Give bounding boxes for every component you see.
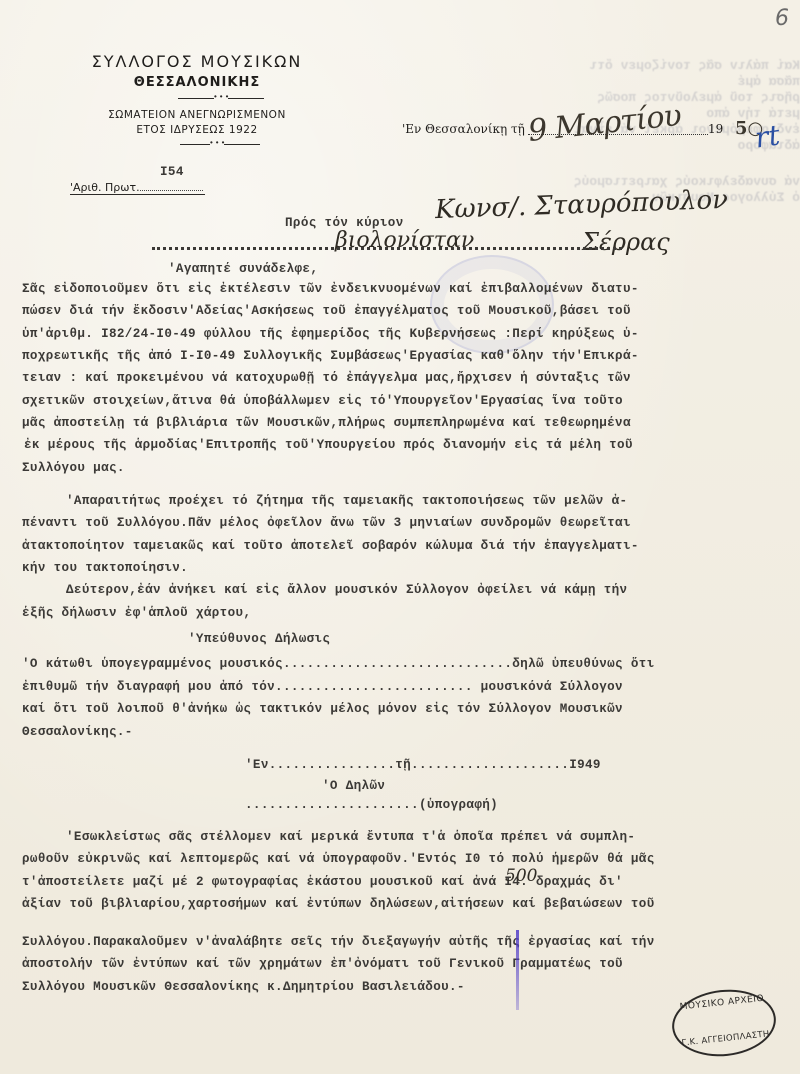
declaration-date-line: 'Εν................τῇ...................… xyxy=(245,758,601,772)
body-line: 'Απαραιτήτως προέχει τό ζήτημα τῆς ταμει… xyxy=(66,494,627,508)
body-line: τειαν : καί προκειμένου νά κατοχυρωθῇ τό… xyxy=(22,371,631,385)
closing-line: Συλλόγου Μουσικῶν Θεσσαλονίκης κ.Δημητρί… xyxy=(22,980,465,994)
protocol-underline xyxy=(70,194,205,195)
recipient-place-handwritten: Σέρρας xyxy=(582,228,670,256)
divider xyxy=(228,98,264,99)
body-line: Δεύτερον,ἐάν ἀνήκει καί εἰς ἄλλον μουσικ… xyxy=(66,583,627,597)
body-line: σχετικῶν στοιχείων,ἅτινα θά ὑποβάλλωμεν … xyxy=(22,394,623,408)
divider xyxy=(224,144,260,145)
body-line: πώσεν διά τήν ἔκδοσιν'Αδείας'Ασκήσεως το… xyxy=(22,304,631,318)
date-year-printed: 19 xyxy=(708,122,723,136)
declaration-line: καί ὅτι τοῦ λοιποῦ θ'ἀνήκω ὡς τακτικόν μ… xyxy=(22,702,623,716)
blue-ink-mark xyxy=(516,930,519,1010)
closing-line: ρωθοῦν εὐκρινῶς καί λεπτομερῶς καί νά ὑπ… xyxy=(22,852,655,866)
declaration-line: 'Ο κάτωθι ὑπογεγραμμένος μουσικός.......… xyxy=(22,657,655,671)
closing-line: Συλλόγου.Παρακαλοῦμεν ν'ἀναλάβητε σεῖς τ… xyxy=(22,935,655,949)
margin-mark: rt xyxy=(753,118,782,154)
protocol-number: I54 xyxy=(160,165,184,179)
divider-ornament: ••• xyxy=(213,94,230,102)
archive-stamp: ΜΟΥΣΙΚΟ ΑΡΧΕΙΟ Γ.Κ. ΑΓΓΕΙΟΠΛΑΣΤΗ xyxy=(669,985,779,1062)
divider-ornament: ••• xyxy=(209,140,226,148)
archive-stamp-top: ΜΟΥΣΙΚΟ ΑΡΧΕΙΟ xyxy=(672,993,772,1013)
archive-stamp-bottom: Γ.Κ. ΑΓΓΕΙΟΠΛΑΣΤΗ xyxy=(675,1029,775,1049)
closing-line: ἀποστολήν τῶν ἐντύπων καί τῶν χρημάτων ἐ… xyxy=(22,957,623,971)
letterhead-title: ΣΥΛΛΟΓΟΣ ΜΟΥΣΙΚΩΝ xyxy=(82,52,312,71)
recipient-dotted-line xyxy=(152,247,622,250)
body-line: κήν του τακτοποίησιν. xyxy=(22,561,188,575)
body-line: μᾶς ἀποστείλῃ τά βιβλιάρια τῶν Μουσικῶν,… xyxy=(22,416,631,430)
body-line: ποχρεωτικῆς τῆς ἀπό I-I0-49 Συλλογικῆς Σ… xyxy=(22,349,639,363)
salutation: 'Αγαπητέ συνάδελφε, xyxy=(168,262,318,276)
closing-line: 'Εσωκλείστως σᾶς στέλλομεν καί μερικά ἔν… xyxy=(66,830,635,844)
divider xyxy=(178,98,214,99)
body-line: Σᾶς εἰδοποιοῦμεν ὅτι εἰς ἐκτέλεσιν τῶν ἐ… xyxy=(22,282,639,296)
declaration-heading: 'Υπεύθυνος Δήλωσις xyxy=(188,632,330,646)
bleed-line: Καί πάλιν σᾶς τονίζομεν ὅτι πᾶσα ἀμέ xyxy=(560,58,800,90)
closing-line: ἀξίαν τοῦ βιβλιαρίου,χαρτοσήμων καί ἐντύ… xyxy=(22,897,655,911)
divider xyxy=(180,144,210,145)
document-page: Καί πάλιν σᾶς τονίζομεν ὅτι πᾶσα ἀμέ ρῆσ… xyxy=(0,0,800,1074)
signature-line: ......................(ὑπογραφή) xyxy=(245,798,498,812)
declaration-line: Θεσσαλονίκης.- xyxy=(22,725,133,739)
letterhead-line1: ΣΩΜΑΤΕΙΟΝ ΑΝΕΓΝΩΡΙΣΜΕΝΟΝ xyxy=(82,109,312,121)
body-line: Συλλόγου μας. xyxy=(22,461,125,475)
declarant-label: 'Ο Δηλῶν xyxy=(322,779,385,793)
letterhead-line2: ΕΤΟΣ ΙΔΡΥΣΕΩΣ 1922 xyxy=(82,124,312,136)
date-label: 'Εν Θεσσαλονίκῃ τῇ xyxy=(402,122,525,136)
body-line: ἐκ μέρους τῆς ἁρμοδίας'Επιτροπῆς τοῦ'Υπο… xyxy=(24,438,633,452)
declaration-line: ἐπιθυμῶ τήν διαγραφή μου ἀπό τόν........… xyxy=(22,680,623,694)
body-line: ἀτακτοποίητον ταμειακῶς καί τοῦτο ἀποτελ… xyxy=(22,539,639,553)
protocol-dotted-line xyxy=(140,190,203,191)
recipient-name-handwritten: Κωνσ/. Σταυρόπουλον xyxy=(435,185,729,225)
body-line: ὑπ'ἀριθμ. I82/24-I0-49 φύλλου τῆς ἐφημερ… xyxy=(22,327,639,341)
body-line: πέναντι τοῦ Συλλόγου.Πᾶν μέλος ὀφεῖλον ἄ… xyxy=(22,516,631,530)
protocol-label: 'Αριθ. Πρωτ. xyxy=(70,181,140,194)
handwritten-amount: 500 xyxy=(505,866,537,886)
page-number: 6 xyxy=(775,6,789,31)
letterhead-city: ΘΕΣΣΑΛΟΝΙΚΗΣ xyxy=(82,75,312,90)
body-line: ἑξῆς δήλωσιν ἐφ'ἁπλοῦ χάρτου, xyxy=(22,606,251,620)
